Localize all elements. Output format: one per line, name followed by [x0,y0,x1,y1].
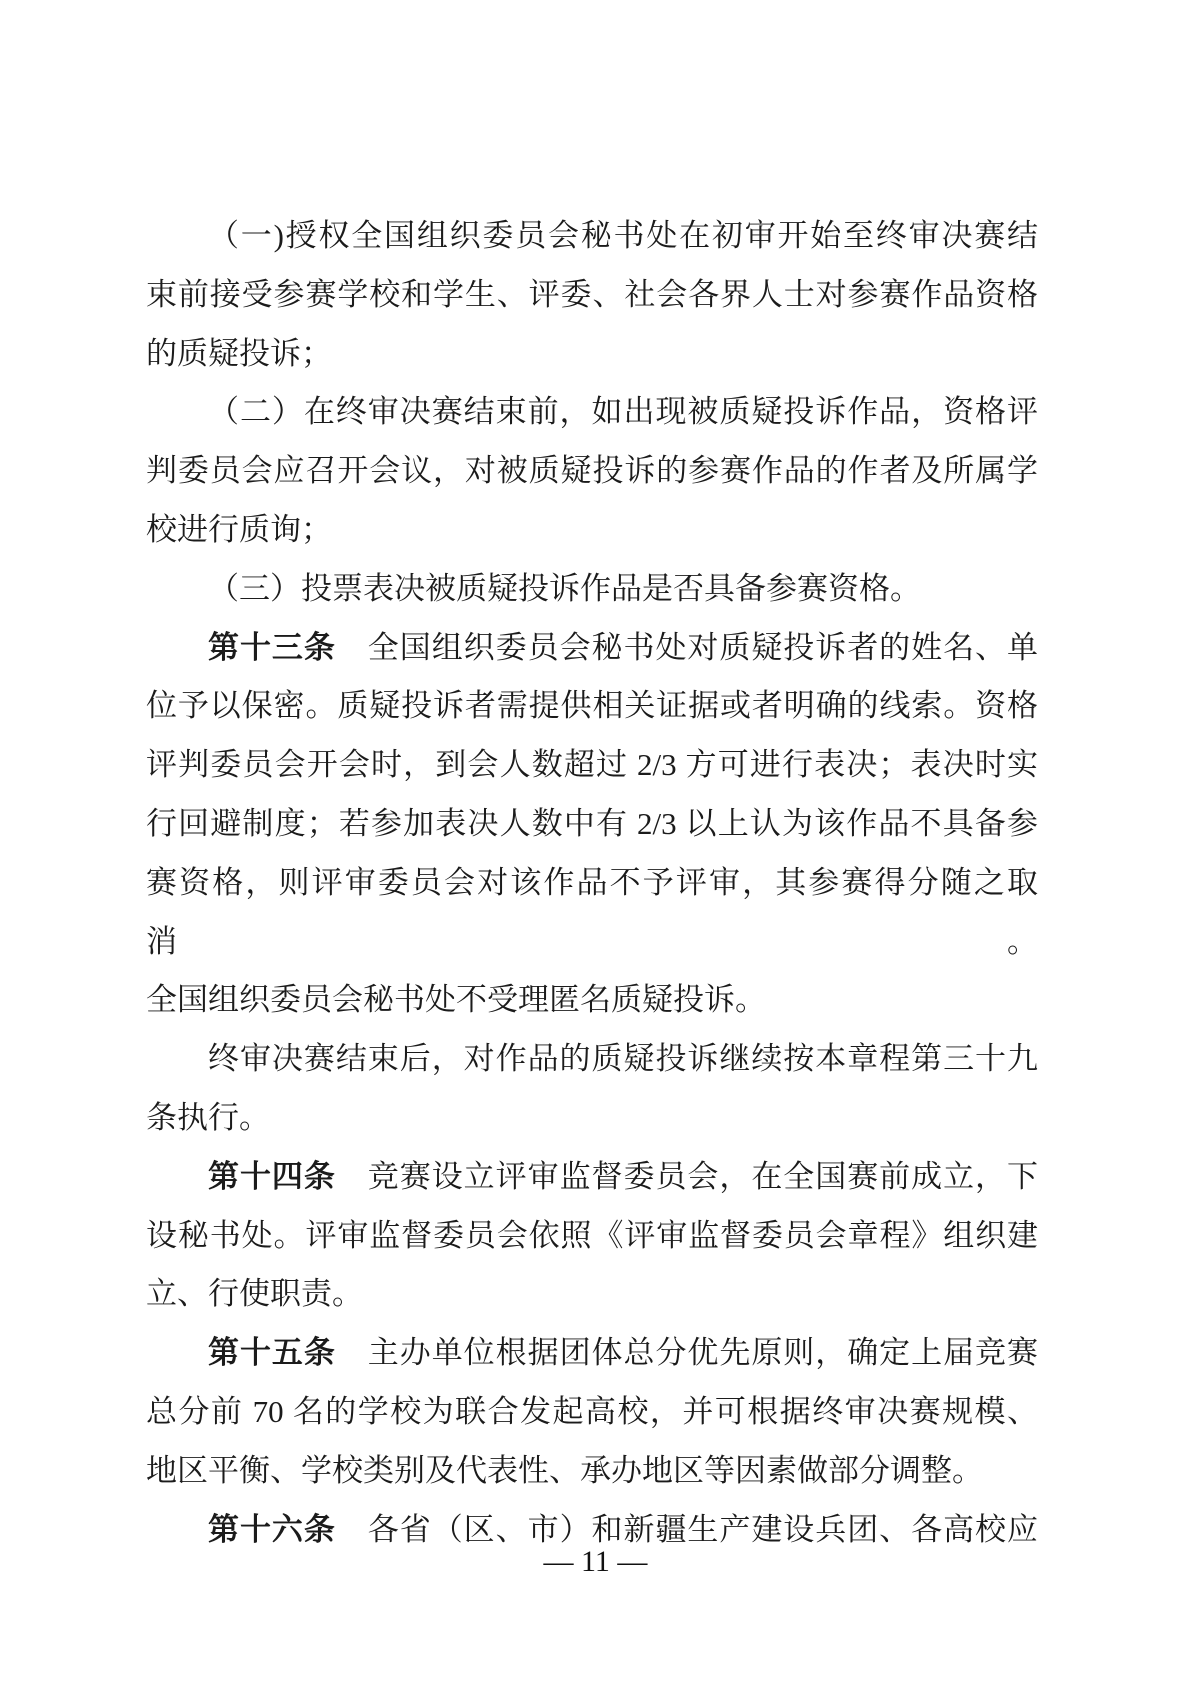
line-text: 地区平衡、学校类别及代表性、承办地区等因素做部分调整。 [146,1453,983,1488]
text-line: 第十五条 主办单位根据团体总分优先原则，确定上届竞赛 [146,1324,1038,1383]
line-text: 总分前 70 名的学校为联合发起高校，并可根据终审决赛规模、 [146,1394,1038,1429]
document-page: （一)授权全国组织委员会秘书处在初审开始至终审决赛结束前接受参赛学校和学生、评委… [0,0,1191,1684]
text-line: （三）投票表决被质疑投诉作品是否具备参赛资格。 [146,560,1038,619]
line-text: 设秘书处。评审监督委员会依照《评审监督委员会章程》组织建 [146,1218,1038,1253]
line-text: 全国组织委员会秘书处不受理匿名质疑投诉。 [146,982,766,1017]
text-line: 束前接受参赛学校和学生、评委、社会各界人士对参赛作品资格 [146,266,1038,325]
line-text: 判委员会应召开会议，对被质疑投诉的参赛作品的作者及所属学 [146,453,1038,488]
line-text: 主办单位根据团体总分优先原则，确定上届竞赛 [336,1335,1038,1370]
line-text: （二）在终审决赛结束前，如出现被质疑投诉作品，资格评 [208,394,1038,429]
line-text: 竞赛设立评审监督委员会，在全国赛前成立，下 [336,1159,1038,1194]
line-text: （一)授权全国组织委员会秘书处在初审开始至终审决赛结 [208,218,1038,253]
text-line: （一)授权全国组织委员会秘书处在初审开始至终审决赛结 [146,207,1038,266]
article-number: 第十六条 [208,1512,336,1547]
text-line: 地区平衡、学校类别及代表性、承办地区等因素做部分调整。 [146,1442,1038,1501]
article-number: 第十五条 [208,1335,336,1370]
text-line: 设秘书处。评审监督委员会依照《评审监督委员会章程》组织建 [146,1207,1038,1266]
line-text: 位予以保密。质疑投诉者需提供相关证据或者明确的线索。资格 [146,688,1038,723]
text-line: 全国组织委员会秘书处不受理匿名质疑投诉。 [146,971,1038,1030]
text-line: 评判委员会开会时，到会人数超过 2/3 方可进行表决；表决时实 [146,736,1038,795]
line-text: 全国组织委员会秘书处对质疑投诉者的姓名、单 [336,630,1038,665]
line-text: 评判委员会开会时，到会人数超过 2/3 方可进行表决；表决时实 [146,747,1038,782]
page-number: — 11 — [544,1545,648,1578]
page-footer: — 11 — [0,1545,1191,1579]
text-line: 判委员会应召开会议，对被质疑投诉的参赛作品的作者及所属学 [146,442,1038,501]
line-text: 终审决赛结束后，对作品的质疑投诉继续按本章程第三十九 [208,1041,1038,1076]
line-text: 的质疑投诉； [146,336,332,371]
text-line: 终审决赛结束后，对作品的质疑投诉继续按本章程第三十九 [146,1030,1038,1089]
text-line: （二）在终审决赛结束前，如出现被质疑投诉作品，资格评 [146,383,1038,442]
text-block: （一)授权全国组织委员会秘书处在初审开始至终审决赛结束前接受参赛学校和学生、评委… [146,207,1038,1559]
text-line: 第十三条 全国组织委员会秘书处对质疑投诉者的姓名、单 [146,619,1038,678]
line-text: 条执行。 [146,1100,270,1135]
line-text: （三）投票表决被质疑投诉作品是否具备参赛资格。 [208,571,921,606]
line-text: 行回避制度；若参加表决人数中有 2/3 以上认为该作品不具备参 [146,806,1038,841]
text-line: 校进行质询； [146,501,1038,560]
text-line: 的质疑投诉； [146,325,1038,384]
text-line: 总分前 70 名的学校为联合发起高校，并可根据终审决赛规模、 [146,1383,1038,1442]
line-text: 束前接受参赛学校和学生、评委、社会各界人士对参赛作品资格 [146,277,1038,312]
text-line: 条执行。 [146,1089,1038,1148]
line-text: 赛资格，则评审委员会对该作品不予评审，其参赛得分随之取消。 [146,865,1038,959]
text-line: 立、行使职责。 [146,1265,1038,1324]
article-number: 第十四条 [208,1159,336,1194]
line-text: 各省（区、市）和新疆生产建设兵团、各高校应 [336,1512,1038,1547]
article-number: 第十三条 [208,630,336,665]
line-text: 立、行使职责。 [146,1276,363,1311]
text-line: 位予以保密。质疑投诉者需提供相关证据或者明确的线索。资格 [146,677,1038,736]
text-line: 行回避制度；若参加表决人数中有 2/3 以上认为该作品不具备参 [146,795,1038,854]
line-text: 校进行质询； [146,512,332,547]
text-line: 赛资格，则评审委员会对该作品不予评审，其参赛得分随之取消。 [146,854,1038,972]
text-line: 第十四条 竞赛设立评审监督委员会，在全国赛前成立，下 [146,1148,1038,1207]
